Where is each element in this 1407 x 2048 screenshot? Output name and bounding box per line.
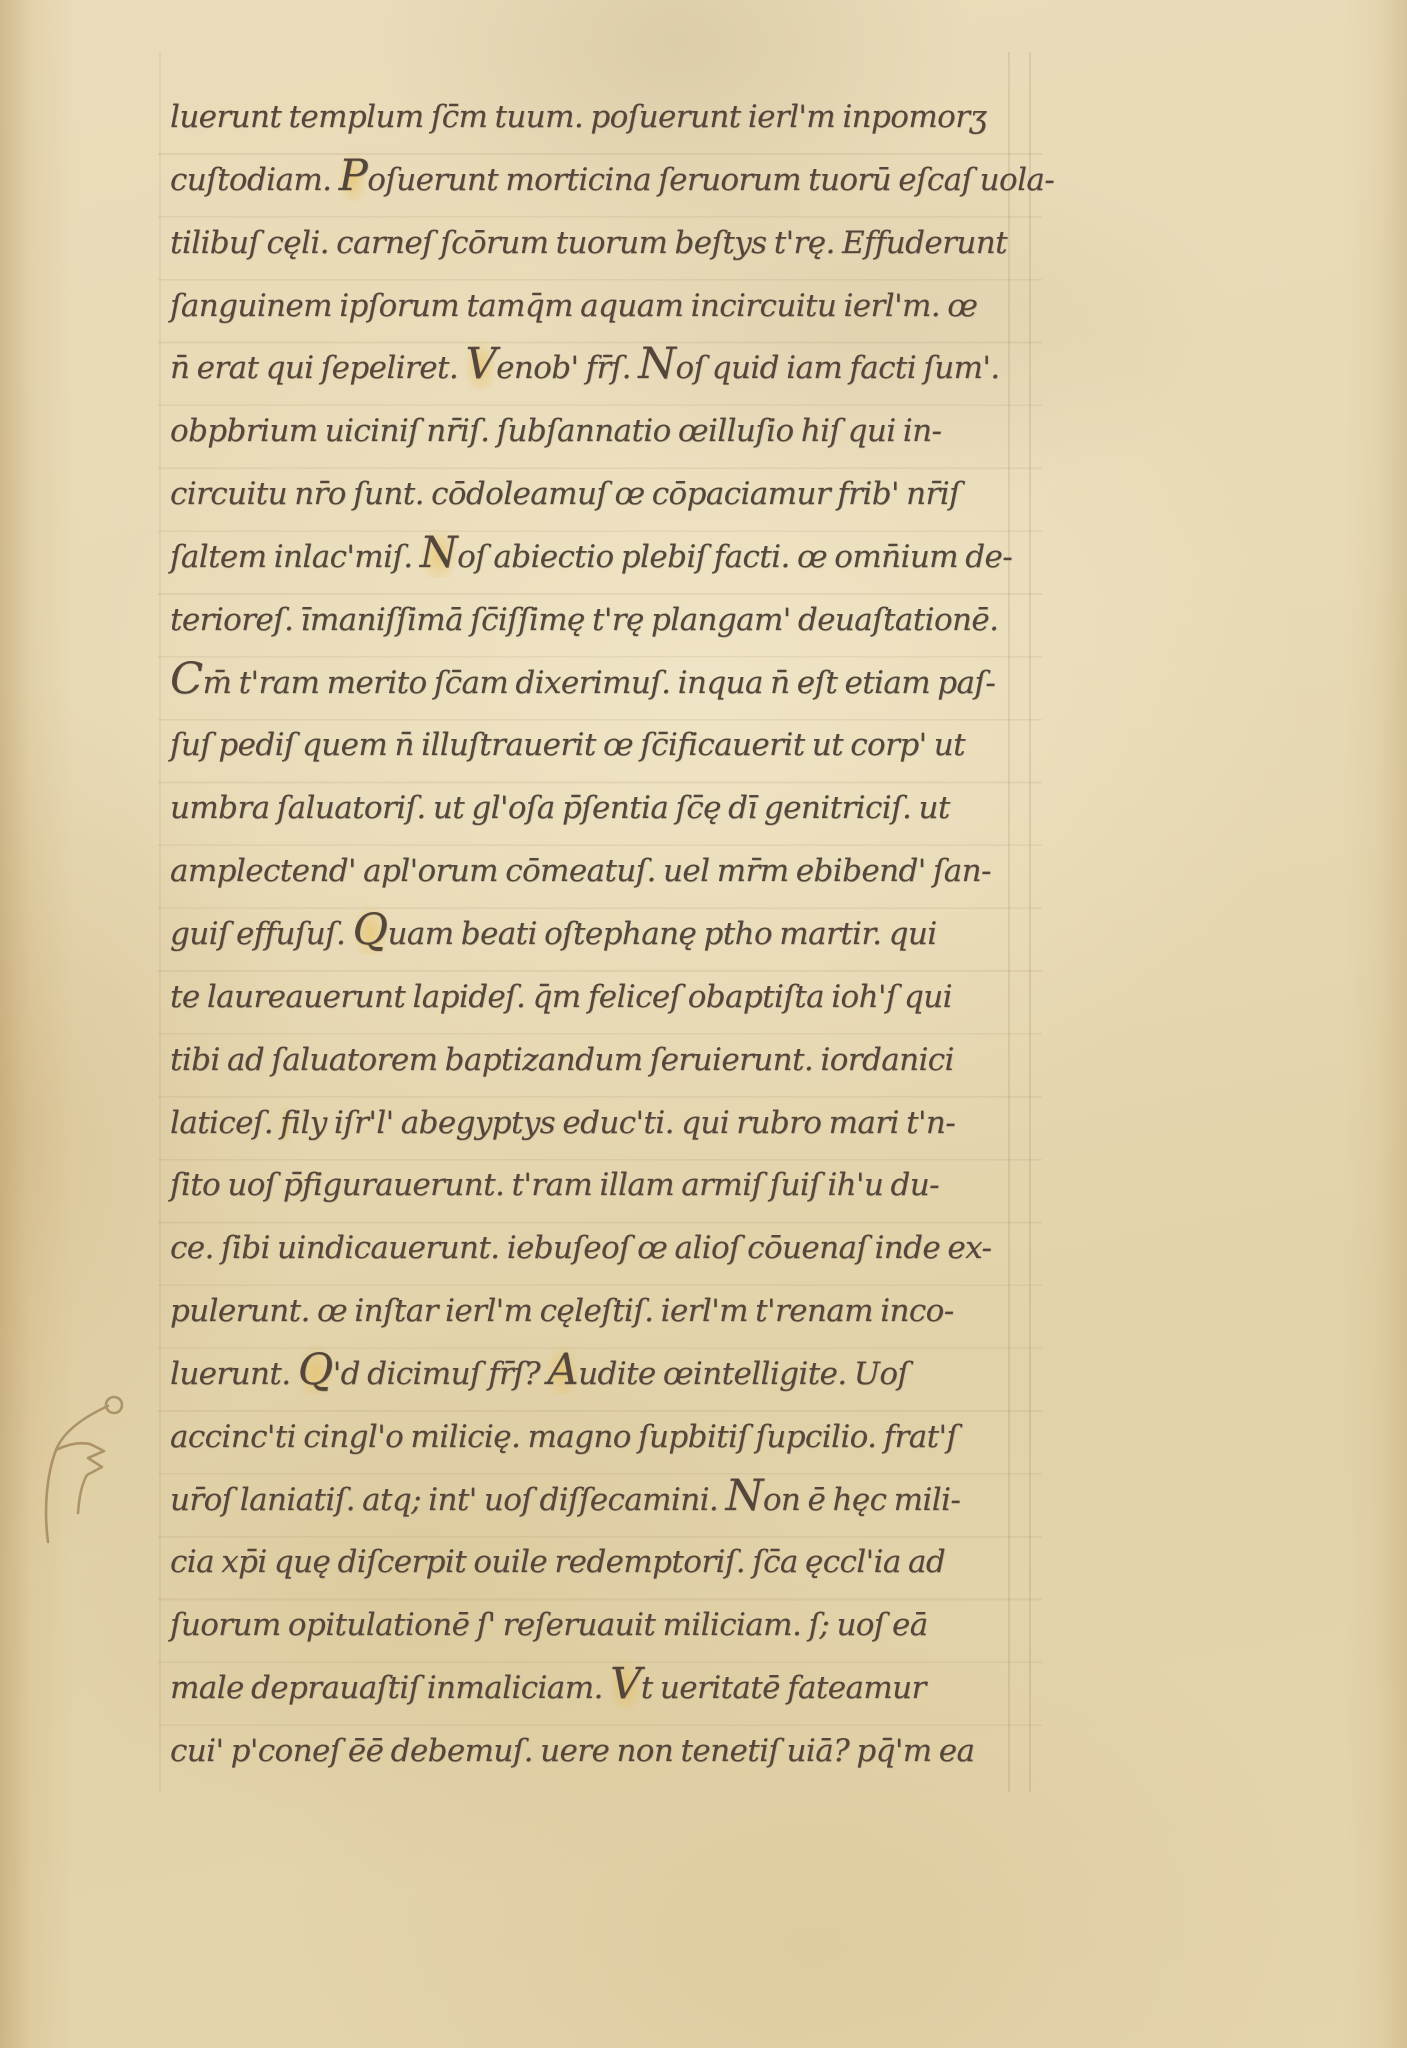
right-margin-rule-outer xyxy=(1029,52,1031,1792)
decorated-initial: N xyxy=(638,339,675,389)
text-segment: ce. ſibi uindicauerunt. iebuſeoſ œ alioſ… xyxy=(170,1230,991,1266)
text-segment: ily iſr'l' abegyptys educ'ti. qui rubro … xyxy=(291,1105,955,1141)
text-line: ſuſ pediſ quem n̄ illuſtrauerit œ ſc̄ifi… xyxy=(170,714,1020,777)
decorated-initial: f xyxy=(280,1105,291,1141)
text-segment: ur̄oſ laniatiſ. atq; int' uoſ diſſecamin… xyxy=(170,1482,725,1518)
decorated-initial: V xyxy=(610,1659,641,1709)
text-line: tibi ad ſaluatorem baptizandum ſeruierun… xyxy=(170,1029,1020,1092)
decorated-initial: C xyxy=(170,654,203,704)
text-line: circuitu nr̄o ſunt. cōdoleamuſ œ cōpacia… xyxy=(170,463,1020,526)
text-segment: cui' p'coneſ ēē debemuſ. uere non teneti… xyxy=(170,1733,974,1769)
decorated-initial: N xyxy=(420,528,457,578)
text-segment: tilibuſ cęli. carneſ ſcōrum tuorum beſty… xyxy=(170,225,1007,261)
text-line: male deprauaſtiſ inmaliciam. Vt ueritatē… xyxy=(170,1657,1020,1720)
text-segment: ſuſ pediſ quem n̄ illuſtrauerit œ ſc̄ifi… xyxy=(170,727,965,763)
text-line: umbra ſaluatoriſ. ut gl'oſa p̄ſentia ſc̄… xyxy=(170,777,1020,840)
decorated-initial: Q xyxy=(353,905,388,955)
text-line: accinc'ti cingl'o milicię. magno ſupbiti… xyxy=(170,1406,1020,1469)
text-line: terioreſ. īmaniſſimā ſc̄iſſimę t'rę plan… xyxy=(170,589,1020,652)
text-line: luerunt templum ſc̄m tuum. poſuerunt ier… xyxy=(170,86,1020,149)
text-line: ſaltem inlac'miſ. Noſ abiectio plebiſ fa… xyxy=(170,526,1020,589)
text-segment: ſanguinem ipſorum tamq̄m aquam incircuit… xyxy=(170,288,977,324)
text-segment: m̄ t'ram merito ſc̄am dixerimuſ. inqua n… xyxy=(203,665,996,701)
text-line: ſanguinem ipſorum tamq̄m aquam incircuit… xyxy=(170,275,1020,338)
text-segment: cuſtodiam. xyxy=(170,162,339,198)
text-segment: tibi ad ſaluatorem baptizandum ſeruierun… xyxy=(170,1042,954,1078)
decorated-initial: P xyxy=(339,151,368,201)
text-line: n̄ erat qui ſepeliret. Venob' fr̄ſ. Noſ … xyxy=(170,337,1020,400)
manicule-pointing-hand-icon xyxy=(34,1392,150,1550)
text-line: guiſ effuſuſ. Quam beati oſtephanę ptho … xyxy=(170,903,1020,966)
decorated-initial: V xyxy=(465,339,496,389)
text-segment: n̄ erat qui ſepeliret. xyxy=(170,350,465,386)
text-segment: obpbrium uiciniſ nr̄iſ. ſubſannatio œill… xyxy=(170,413,941,449)
text-line: pulerunt. œ inſtar ierl'm cęleſtiſ. ierl… xyxy=(170,1280,1020,1343)
text-segment: cia xp̄i quę diſcerpit ouile redemptoriſ… xyxy=(170,1544,945,1580)
text-segment: laticeſ. xyxy=(170,1105,280,1141)
text-segment: enob' fr̄ſ. xyxy=(496,350,638,386)
text-line: ce. ſibi uindicauerunt. iebuſeoſ œ alioſ… xyxy=(170,1217,1020,1280)
text-line: ſito uoſ p̄figurauerunt. t'ram illam arm… xyxy=(170,1154,1020,1217)
text-segment: luerunt. xyxy=(170,1356,298,1392)
text-line: cia xp̄i quę diſcerpit ouile redemptoriſ… xyxy=(170,1531,1020,1594)
text-segment: terioreſ. īmaniſſimā ſc̄iſſimę t'rę plan… xyxy=(170,602,998,638)
text-segment: udite œintelligite. Uoſ xyxy=(578,1356,908,1392)
decorated-initial: Q xyxy=(298,1345,333,1395)
text-segment: ſuorum opitulationē ſ' reſeruauit milici… xyxy=(170,1607,928,1643)
text-line: obpbrium uiciniſ nr̄iſ. ſubſannatio œill… xyxy=(170,400,1020,463)
text-segment: umbra ſaluatoriſ. ut gl'oſa p̄ſentia ſc̄… xyxy=(170,790,950,826)
text-segment: male deprauaſtiſ inmaliciam. xyxy=(170,1670,610,1706)
text-line: luerunt. Q'd dicimuſ fr̄ſ? Audite œintel… xyxy=(170,1343,1020,1406)
manuscript-text-block: luerunt templum ſc̄m tuum. poſuerunt ier… xyxy=(170,86,1020,1783)
text-segment: amplectend' apl'orum cōmeatuſ. uel mr̄m … xyxy=(170,853,991,889)
left-margin-rule xyxy=(159,52,161,1792)
text-line: Cm̄ t'ram merito ſc̄am dixerimuſ. inqua … xyxy=(170,652,1020,715)
text-segment: uam beati oſtephanę ptho martir. qui xyxy=(388,916,937,952)
text-segment: te laureauerunt lapideſ. q̄m feliceſ oba… xyxy=(170,979,952,1015)
text-line: laticeſ. fily iſr'l' abegyptys educ'ti. … xyxy=(170,1092,1020,1155)
text-segment: ſito uoſ p̄figurauerunt. t'ram illam arm… xyxy=(170,1167,939,1203)
text-segment: luerunt templum ſc̄m tuum. poſuerunt ier… xyxy=(170,99,986,135)
text-line: amplectend' apl'orum cōmeatuſ. uel mr̄m … xyxy=(170,840,1020,903)
text-line: ſuorum opitulationē ſ' reſeruauit milici… xyxy=(170,1594,1020,1657)
text-line: cui' p'coneſ ēē debemuſ. uere non teneti… xyxy=(170,1720,1020,1783)
text-segment: 'd dicimuſ fr̄ſ? xyxy=(333,1356,548,1392)
manuscript-page: luerunt templum ſc̄m tuum. poſuerunt ier… xyxy=(0,0,1407,2048)
decorated-initial: N xyxy=(725,1471,762,1521)
text-line: cuſtodiam. Poſuerunt morticina ſeruorum … xyxy=(170,149,1020,212)
text-segment: circuitu nr̄o ſunt. cōdoleamuſ œ cōpacia… xyxy=(170,476,960,512)
text-segment: pulerunt. œ inſtar ierl'm cęleſtiſ. ierl… xyxy=(170,1293,954,1329)
text-segment: oſuerunt morticina ſeruorum tuorū eſcaſ … xyxy=(367,162,1054,198)
text-segment: oſ quid iam facti ſum'. xyxy=(676,350,1000,386)
text-segment: ſaltem inlac'miſ. xyxy=(170,539,420,575)
text-line: ur̄oſ laniatiſ. atq; int' uoſ diſſecamin… xyxy=(170,1469,1020,1532)
text-segment: accinc'ti cingl'o milicię. magno ſupbiti… xyxy=(170,1419,957,1455)
text-segment: oſ abiectio plebiſ facti. œ omn̄ium de- xyxy=(457,539,1012,575)
text-segment: on ē hęc mili- xyxy=(763,1482,960,1518)
text-segment: t ueritatē fateamur xyxy=(641,1670,926,1706)
text-segment: guiſ effuſuſ. xyxy=(170,916,353,952)
text-line: te laureauerunt lapideſ. q̄m feliceſ oba… xyxy=(170,966,1020,1029)
decorated-initial: A xyxy=(547,1345,578,1395)
text-line: tilibuſ cęli. carneſ ſcōrum tuorum beſty… xyxy=(170,212,1020,275)
